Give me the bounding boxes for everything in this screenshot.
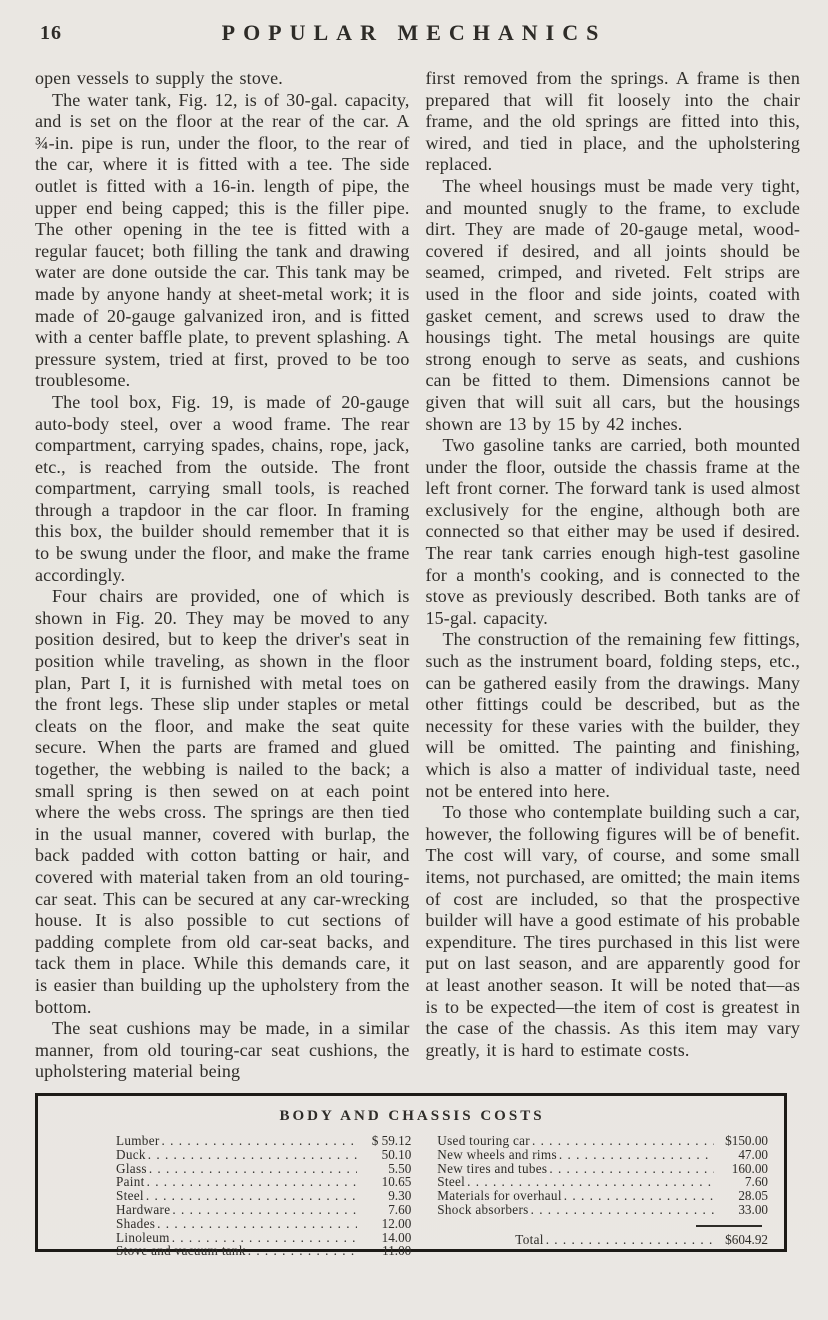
paragraph: The seat cushions may be made, in a simi… — [35, 1018, 410, 1083]
total-amount: $604.92 — [716, 1233, 768, 1247]
cost-table: BODY AND CHASSIS COSTS Lumber$ 59.12 Duc… — [35, 1093, 787, 1252]
dot-leader — [546, 1233, 714, 1247]
paragraph: To those who contemplate building such a… — [426, 802, 801, 1061]
item-amount: $ 59.12 — [359, 1134, 411, 1148]
item-label: New wheels and rims — [437, 1148, 557, 1162]
dot-leader — [162, 1134, 358, 1148]
dot-leader — [531, 1203, 714, 1217]
item-amount: 5.50 — [359, 1162, 411, 1176]
cost-table-left-column: Lumber$ 59.12 Duck50.10 Glass5.50 Paint1… — [116, 1134, 411, 1258]
item-label: New tires and tubes — [437, 1162, 547, 1176]
dot-leader — [467, 1175, 714, 1189]
item-amount: 14.00 — [359, 1231, 411, 1245]
cost-table-columns: Lumber$ 59.12 Duck50.10 Glass5.50 Paint1… — [116, 1134, 768, 1258]
item-amount: 47.00 — [716, 1148, 768, 1162]
table-row: Shades12.00 — [116, 1217, 411, 1231]
table-row: Linoleum14.00 — [116, 1231, 411, 1245]
article-body: open vessels to supply the stove. The wa… — [35, 68, 800, 1084]
left-column: open vessels to supply the stove. The wa… — [35, 68, 410, 1084]
dot-leader — [172, 1231, 358, 1245]
paragraph: first removed from the springs. A frame … — [426, 68, 801, 176]
item-label: Materials for overhaul — [437, 1189, 562, 1203]
paragraph: The wheel housings must be made very tig… — [426, 176, 801, 435]
table-row: Glass5.50 — [116, 1162, 411, 1176]
dot-leader — [559, 1148, 714, 1162]
item-amount: 50.10 — [359, 1148, 411, 1162]
table-row: New wheels and rims47.00 — [437, 1148, 768, 1162]
table-row: Steel7.60 — [437, 1175, 768, 1189]
item-amount: 160.00 — [716, 1162, 768, 1176]
dot-leader — [532, 1134, 714, 1148]
dot-leader — [248, 1244, 358, 1258]
dot-leader — [157, 1217, 357, 1231]
item-label: Used touring car — [437, 1134, 530, 1148]
item-label: Shades — [116, 1217, 155, 1231]
paragraph: The tool box, Fig. 19, is made of 20-gau… — [35, 392, 410, 586]
item-label: Stove and vacuum tank — [116, 1244, 246, 1258]
paragraph: Four chairs are provided, one of which i… — [35, 586, 410, 1018]
item-amount: 10.65 — [359, 1175, 411, 1189]
item-amount: $150.00 — [716, 1134, 768, 1148]
total-row: Total$604.92 — [515, 1233, 768, 1247]
item-label: Glass — [116, 1162, 147, 1176]
dot-leader — [148, 1148, 358, 1162]
table-row: Used touring car$150.00 — [437, 1134, 768, 1148]
paragraph: Two gasoline tanks are carried, both mou… — [426, 435, 801, 629]
total-label: Total — [515, 1233, 543, 1247]
item-amount: 9.30 — [359, 1189, 411, 1203]
table-row: New tires and tubes160.00 — [437, 1162, 768, 1176]
item-label: Steel — [116, 1189, 144, 1203]
dot-leader — [172, 1203, 357, 1217]
paragraph: The water tank, Fig. 12, is of 30-gal. c… — [35, 90, 410, 392]
item-label: Paint — [116, 1175, 145, 1189]
magazine-page: 16 POPULAR MECHANICS open vessels to sup… — [0, 0, 828, 1320]
dot-leader — [549, 1162, 714, 1176]
item-label: Duck — [116, 1148, 146, 1162]
table-row: Paint10.65 — [116, 1175, 411, 1189]
cost-table-right-column: Used touring car$150.00 New wheels and r… — [437, 1134, 768, 1258]
dot-leader — [564, 1189, 714, 1203]
dot-leader — [147, 1175, 358, 1189]
dot-leader — [149, 1162, 357, 1176]
paragraph: The construction of the remaining few fi… — [426, 629, 801, 802]
table-row: Hardware7.60 — [116, 1203, 411, 1217]
item-amount: 7.60 — [716, 1175, 768, 1189]
table-row: Materials for overhaul28.05 — [437, 1189, 768, 1203]
item-amount: 28.05 — [716, 1189, 768, 1203]
item-label: Steel — [437, 1175, 465, 1189]
table-row: Lumber$ 59.12 — [116, 1134, 411, 1148]
item-label: Lumber — [116, 1134, 160, 1148]
dot-leader — [146, 1189, 357, 1203]
item-amount: 11.00 — [359, 1244, 411, 1258]
total-rule — [696, 1225, 762, 1227]
item-label: Shock absorbers — [437, 1203, 528, 1217]
item-label: Linoleum — [116, 1231, 170, 1245]
item-amount: 12.00 — [359, 1217, 411, 1231]
item-amount: 7.60 — [359, 1203, 411, 1217]
cost-table-title: BODY AND CHASSIS COSTS — [116, 1108, 708, 1125]
table-row: Duck50.10 — [116, 1148, 411, 1162]
table-row: Stove and vacuum tank11.00 — [116, 1244, 411, 1258]
table-row: Steel9.30 — [116, 1189, 411, 1203]
magazine-title: POPULAR MECHANICS — [0, 20, 828, 46]
item-amount: 33.00 — [716, 1203, 768, 1217]
right-column: first removed from the springs. A frame … — [426, 68, 801, 1084]
table-row: Shock absorbers33.00 — [437, 1203, 768, 1217]
item-label: Hardware — [116, 1203, 170, 1217]
paragraph: open vessels to supply the stove. — [35, 68, 410, 90]
